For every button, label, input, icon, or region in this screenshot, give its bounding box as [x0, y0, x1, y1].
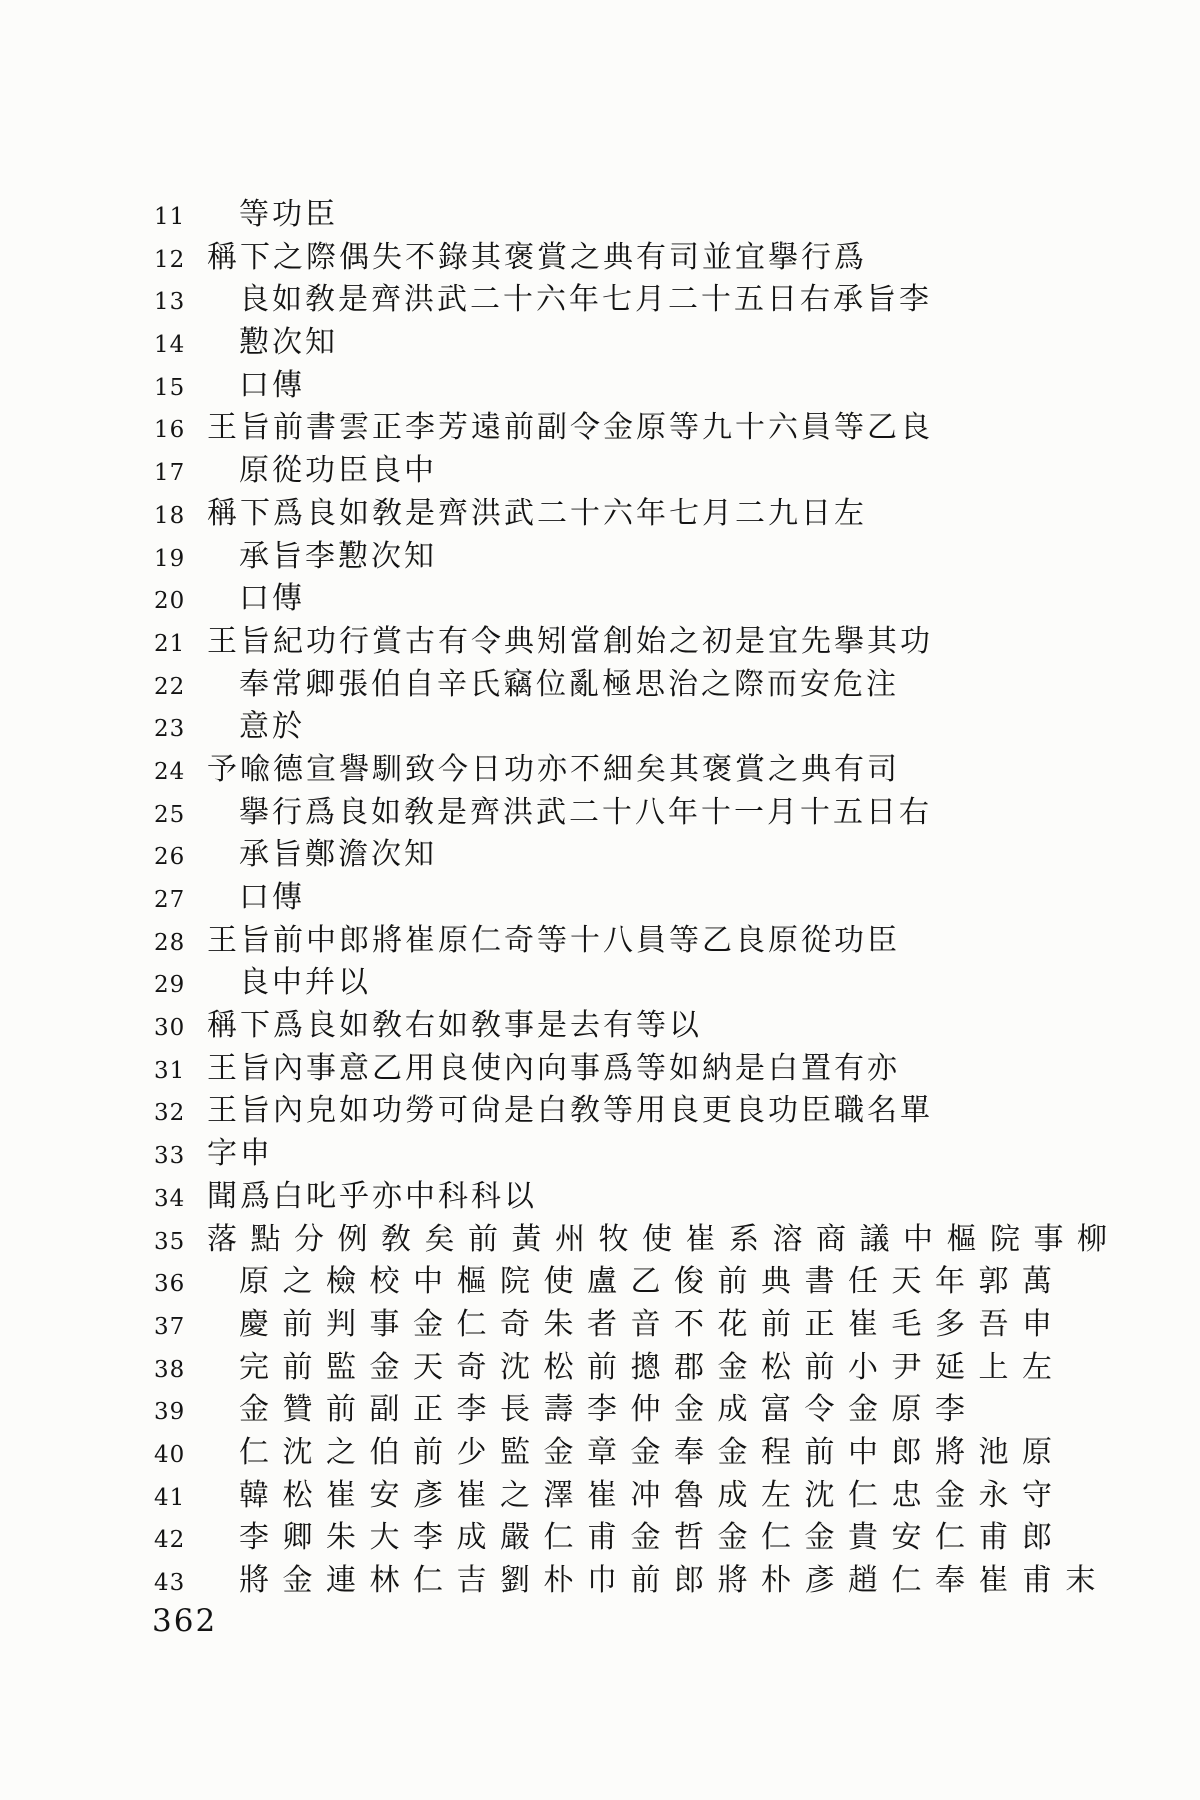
- text-line: 20 口傳: [0, 581, 1200, 624]
- line-text: 口傳: [239, 581, 305, 617]
- text-line: 12 稱下之際偶失不錄其褒賞之典有司並宜擧行爲: [0, 240, 1200, 283]
- text-block: 11 等功臣 12 稱下之際偶失不錄其褒賞之典有司並宜擧行爲 13 良如敎是齊洪…: [0, 197, 1200, 1606]
- line-text: 口傳: [239, 880, 305, 916]
- line-text: 稱下爲良如敎右如敎事是去有等以: [207, 1008, 702, 1044]
- line-number: 41: [154, 1485, 185, 1511]
- line-number: 14: [154, 332, 185, 358]
- line-text: 王旨前中郎將崔原仁奇等十八員等乙良原從功臣: [207, 923, 900, 959]
- line-number: 21: [154, 631, 185, 657]
- text-line: 38 完前監金天奇沈松前摠郡金松前小尹延上左: [0, 1350, 1200, 1393]
- text-line: 30 稱下爲良如敎右如敎事是去有等以: [0, 1008, 1200, 1051]
- line-text: 字申: [207, 1136, 273, 1172]
- text-line: 29 良中幷以: [0, 965, 1200, 1008]
- line-text: 承旨李懃次知: [239, 539, 437, 575]
- line-text: 奉常卿張伯自辛氏竊位亂極思治之際而安危注: [239, 667, 899, 703]
- line-text: 等功臣: [239, 197, 338, 233]
- line-number: 43: [154, 1570, 185, 1596]
- text-line: 34 聞爲白叱乎亦中科科以: [0, 1179, 1200, 1222]
- page-number: 362: [152, 1603, 217, 1639]
- line-text: 原從功臣良中: [239, 453, 437, 489]
- text-line: 39 金贊前副正李長壽李仲金成富令金原李: [0, 1392, 1200, 1435]
- line-text: 金贊前副正李長壽李仲金成富令金原李: [239, 1392, 979, 1428]
- line-text: 良如敎是齊洪武二十六年七月二十五日右承旨李: [239, 282, 932, 318]
- line-text: 王旨紀功行賞古有令典矧當創始之初是宜先擧其功: [207, 624, 933, 660]
- line-text: 王旨內事意乙用良使內向事爲等如納是白置有亦: [207, 1051, 900, 1087]
- scanned-document-page: 11 等功臣 12 稱下之際偶失不錄其褒賞之典有司並宜擧行爲 13 良如敎是齊洪…: [0, 0, 1200, 1800]
- text-line: 13 良如敎是齊洪武二十六年七月二十五日右承旨李: [0, 282, 1200, 325]
- text-line: 36 原之檢校中樞院使盧乙俊前典書任天年郭萬: [0, 1264, 1200, 1307]
- line-number: 30: [154, 1015, 185, 1041]
- line-number: 17: [154, 460, 185, 486]
- line-number: 16: [154, 417, 185, 443]
- text-line: 18 稱下爲良如敎是齊洪武二十六年七月二九日左: [0, 496, 1200, 539]
- line-number: 15: [154, 375, 185, 401]
- line-text: 將金連林仁吉劉朴巾前郎將朴彥趙仁奉崔甫末: [239, 1563, 1109, 1599]
- text-line: 32 王旨內皃如功勞可尙是白敎等用良更良功臣職名單: [0, 1093, 1200, 1136]
- text-line: 43 將金連林仁吉劉朴巾前郎將朴彥趙仁奉崔甫末: [0, 1563, 1200, 1606]
- line-text: 懃次知: [239, 325, 338, 361]
- line-number: 24: [154, 759, 185, 785]
- text-line: 42 李卿朱大李成嚴仁甫金哲金仁金貴安仁甫郎: [0, 1520, 1200, 1563]
- line-text: 予喩德宣譽馴致今日功亦不細矣其褒賞之典有司: [207, 752, 900, 788]
- line-number: 29: [154, 972, 185, 998]
- line-text: 聞爲白叱乎亦中科科以: [207, 1179, 537, 1215]
- line-number: 23: [154, 716, 185, 742]
- line-number: 35: [154, 1229, 185, 1255]
- line-number: 32: [154, 1100, 185, 1126]
- line-number: 36: [154, 1271, 185, 1297]
- line-text: 韓松崔安彥崔之澤崔冲魯成左沈仁忠金永守: [239, 1478, 1066, 1514]
- text-line: 25 擧行爲良如敎是齊洪武二十八年十一月十五日右: [0, 795, 1200, 838]
- line-text: 李卿朱大李成嚴仁甫金哲金仁金貴安仁甫郎: [239, 1520, 1066, 1556]
- line-text: 意於: [239, 709, 305, 745]
- line-text: 王旨內皃如功勞可尙是白敎等用良更良功臣職名單: [207, 1093, 933, 1129]
- line-text: 承旨鄭澹次知: [239, 837, 437, 873]
- line-number: 42: [154, 1527, 185, 1553]
- text-line: 37 慶前判事金仁奇朱者音不花前正崔毛多吾申: [0, 1307, 1200, 1350]
- line-text: 慶前判事金仁奇朱者音不花前正崔毛多吾申: [239, 1307, 1066, 1343]
- text-line: 14 懃次知: [0, 325, 1200, 368]
- line-number: 27: [154, 887, 185, 913]
- line-text: 落點分例敎矣前黃州牧使崔系溶商議中樞院事柳: [207, 1222, 1121, 1258]
- line-number: 22: [154, 674, 185, 700]
- text-line: 16 王旨前書雲正李芳遠前副令金原等九十六員等乙良: [0, 410, 1200, 453]
- line-text: 稱下之際偶失不錄其褒賞之典有司並宜擧行爲: [207, 240, 867, 276]
- line-number: 38: [154, 1357, 185, 1383]
- text-line: 17 原從功臣良中: [0, 453, 1200, 496]
- line-text: 王旨前書雲正李芳遠前副令金原等九十六員等乙良: [207, 410, 933, 446]
- line-number: 20: [154, 588, 185, 614]
- line-number: 39: [154, 1399, 185, 1425]
- line-number: 26: [154, 844, 185, 870]
- line-number: 40: [154, 1442, 185, 1468]
- text-line: 28 王旨前中郎將崔原仁奇等十八員等乙良原從功臣: [0, 923, 1200, 966]
- line-text: 完前監金天奇沈松前摠郡金松前小尹延上左: [239, 1350, 1066, 1386]
- text-line: 19 承旨李懃次知: [0, 539, 1200, 582]
- line-number: 31: [154, 1058, 185, 1084]
- line-number: 11: [154, 204, 185, 230]
- line-text: 原之檢校中樞院使盧乙俊前典書任天年郭萬: [239, 1264, 1066, 1300]
- text-line: 15 口傳: [0, 368, 1200, 411]
- line-number: 33: [154, 1143, 185, 1169]
- line-number: 34: [154, 1186, 185, 1212]
- text-line: 31 王旨內事意乙用良使內向事爲等如納是白置有亦: [0, 1051, 1200, 1094]
- text-line: 35 落點分例敎矣前黃州牧使崔系溶商議中樞院事柳: [0, 1222, 1200, 1265]
- line-number: 12: [154, 247, 185, 273]
- text-line: 23 意於: [0, 709, 1200, 752]
- text-line: 26 承旨鄭澹次知: [0, 837, 1200, 880]
- line-number: 13: [154, 289, 185, 315]
- text-line: 22 奉常卿張伯自辛氏竊位亂極思治之際而安危注: [0, 667, 1200, 710]
- line-number: 25: [154, 802, 185, 828]
- line-number: 18: [154, 503, 185, 529]
- text-line: 40 仁沈之伯前少監金章金奉金程前中郎將池原: [0, 1435, 1200, 1478]
- text-line: 11 等功臣: [0, 197, 1200, 240]
- text-line: 27 口傳: [0, 880, 1200, 923]
- line-text: 良中幷以: [239, 965, 371, 1001]
- line-number: 28: [154, 930, 185, 956]
- text-line: 24 予喩德宣譽馴致今日功亦不細矣其褒賞之典有司: [0, 752, 1200, 795]
- text-line: 21 王旨紀功行賞古有令典矧當創始之初是宜先擧其功: [0, 624, 1200, 667]
- text-line: 41 韓松崔安彥崔之澤崔冲魯成左沈仁忠金永守: [0, 1478, 1200, 1521]
- line-number: 37: [154, 1314, 185, 1340]
- line-text: 仁沈之伯前少監金章金奉金程前中郎將池原: [239, 1435, 1066, 1471]
- line-number: 19: [154, 546, 185, 572]
- line-text: 口傳: [239, 368, 305, 404]
- line-text: 稱下爲良如敎是齊洪武二十六年七月二九日左: [207, 496, 867, 532]
- text-line: 33 字申: [0, 1136, 1200, 1179]
- line-text: 擧行爲良如敎是齊洪武二十八年十一月十五日右: [239, 795, 932, 831]
